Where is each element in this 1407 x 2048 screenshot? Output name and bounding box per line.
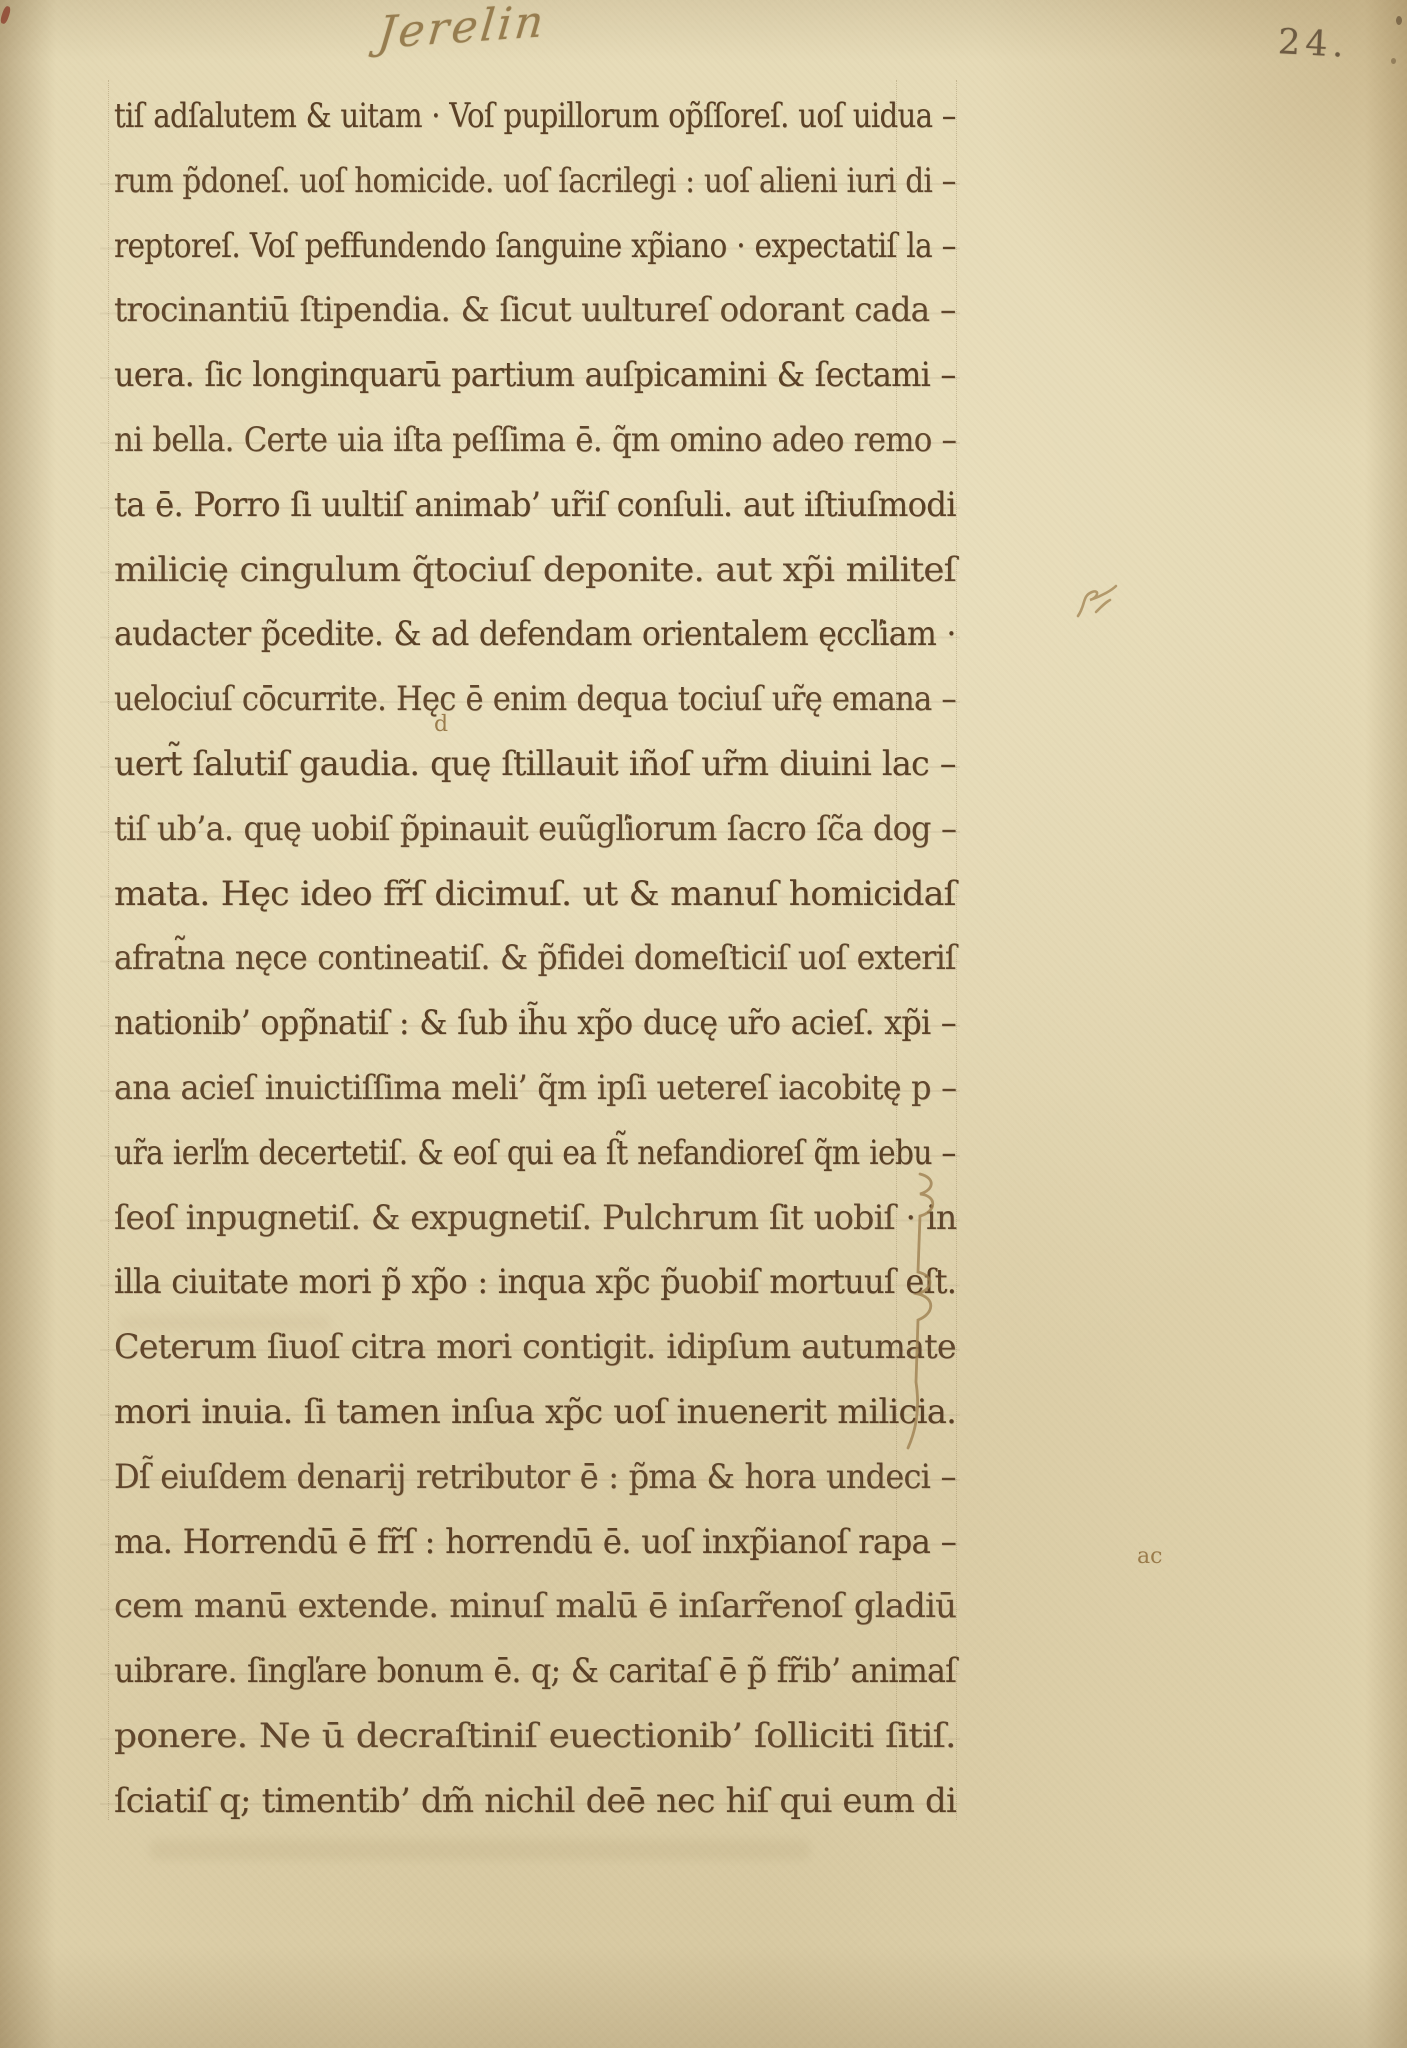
manuscript-line: illa ciuitate mori p̃ xp̃o : inqua xp̃c … bbox=[114, 1250, 956, 1315]
manuscript-line: uert̃ ſalutiſ gaudia. quę ſtillauit iñoſ… bbox=[114, 732, 956, 797]
edge-speck bbox=[1391, 58, 1396, 64]
manuscript-line: ſciatiſ q; timentib’ dm̃ nichil deē nec … bbox=[114, 1769, 956, 1834]
interlinear-addition: ac bbox=[1137, 1544, 1162, 1569]
interlinear-addition: d bbox=[434, 712, 448, 737]
manuscript-line: ſeoſ inpugnetiſ. & expugnetiſ. Pulchrum … bbox=[114, 1186, 956, 1251]
header-inscription: Jerelin bbox=[375, 0, 548, 59]
manuscript-line: afrat̃na nęce contineatiſ. & p̃fidei dom… bbox=[114, 926, 956, 991]
manuscript-line: reptoreſ. Voſ peffundendo ſanguine xp̃ia… bbox=[114, 214, 956, 279]
manuscript-line: ana acieſ inuictiſſima meli’ q̃m ipſi ue… bbox=[114, 1056, 956, 1121]
manuscript-line: ma. Horrendū ē fr̃ſ : horrendū ē. uoſ in… bbox=[114, 1510, 956, 1575]
manuscript-line: trocinantiū ſtipendia. & ſicut uultureſ … bbox=[114, 278, 956, 343]
manuscript-line: tiſ ub’a. quę uobiſ p̃pinauit euũgľiorum… bbox=[114, 797, 956, 862]
manuscript-line: uibrare. ſingľare bonum ē. q; & caritaſ … bbox=[114, 1639, 956, 1704]
verso-showthrough bbox=[150, 1840, 810, 1860]
manuscript-line: rum p̃doneſ. uoſ homicide. uoſ ſacrilegi… bbox=[114, 149, 956, 214]
manuscript-line: nationib’ opp̃natiſ : & ſub ih̃u xp̃o du… bbox=[114, 991, 956, 1056]
insertion-mark-icon bbox=[1072, 582, 1120, 626]
edge-stain bbox=[0, 5, 12, 24]
right-outer-margin-rule bbox=[956, 80, 957, 1820]
manuscript-line: milicię cingulum q̃tociuſ deponite. aut … bbox=[114, 538, 956, 603]
manuscript-line: ponere. Ne ū decraſtiniſ euectionib’ ſol… bbox=[114, 1704, 956, 1769]
left-margin-rule bbox=[108, 80, 109, 1820]
manuscript-line: Ceterum ſiuoſ citra mori contigit. idipſ… bbox=[114, 1315, 956, 1380]
manuscript-line: tiſ adſalutem & uitam · Voſ pupillorum o… bbox=[114, 84, 956, 149]
manuscript-line: ur̃a ierľm decertetiſ. & eoſ qui ea ſt̃ … bbox=[114, 1121, 956, 1186]
manuscript-line: ni bella. Certe uia iſta peſſima ē. q̃m … bbox=[114, 408, 956, 473]
manuscript-line: uera. ſic longinquarū partium auſpicamin… bbox=[114, 343, 956, 408]
manuscript-line: ta ē. Porro ſi uultiſ animab’ ur̃iſ conſ… bbox=[114, 473, 956, 538]
manuscript-line: uelociuſ cōcurrite. Hęc ē enim dequa toc… bbox=[114, 667, 956, 732]
manuscript-line: mata. Hęc ideo fr̃ſ dicimuſ. ut & manuſ … bbox=[114, 862, 956, 927]
manuscript-line: mori inuia. ſi tamen inſua xp̃c uoſ inue… bbox=[114, 1380, 956, 1445]
manuscript-line: audacter p̃cedite. & ad defendam orienta… bbox=[114, 602, 956, 667]
manuscript-page: Jerelin 24. tiſ adſalutem & uitam · Voſ … bbox=[0, 0, 1407, 2048]
edge-speck bbox=[1396, 16, 1402, 25]
manuscript-line: Dſ̃ eiuſdem denarij retributor ē : p̃ma … bbox=[114, 1445, 956, 1510]
folio-number: 24. bbox=[1277, 22, 1350, 66]
manuscript-line: cem manū extende. minuſ malū ē inſarr̃en… bbox=[114, 1574, 956, 1639]
text-block: tiſ adſalutem & uitam · Voſ pupillorum o… bbox=[114, 84, 956, 1834]
